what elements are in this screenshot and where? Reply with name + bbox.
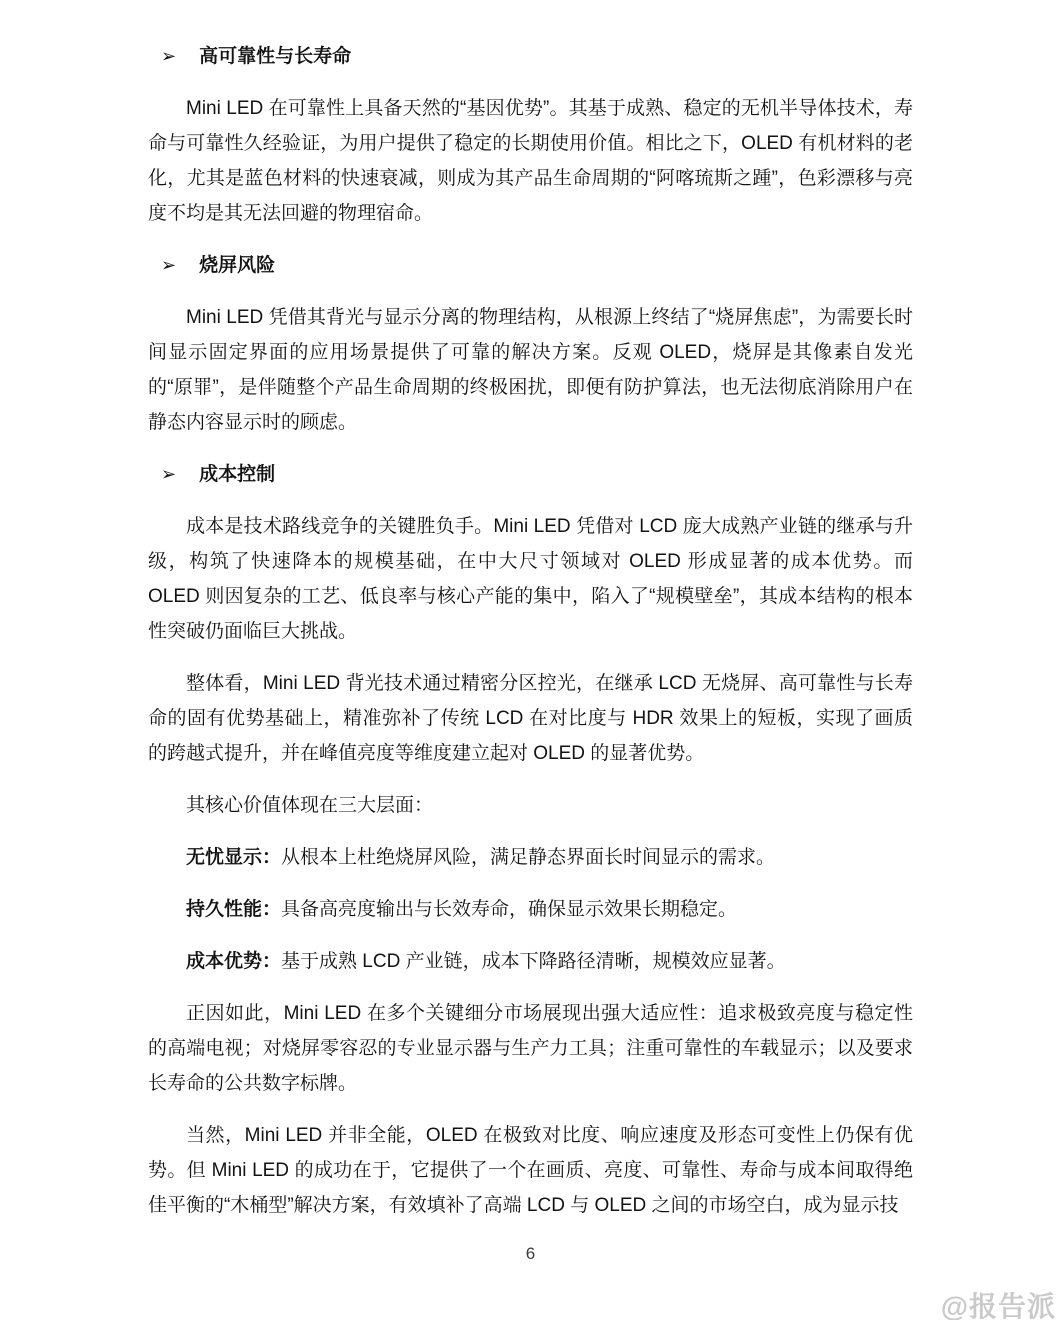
watermark: @报告派 <box>941 1285 1056 1320</box>
page-number: 6 <box>0 1244 1061 1264</box>
arrow-bullet-icon: ➢ <box>161 457 176 492</box>
document-body: ➢高可靠性与长寿命 Mini LED 在可靠性上具备天然的“基因优势”。其基于成… <box>148 22 913 1240</box>
document-page: ➢高可靠性与长寿命 Mini LED 在可靠性上具备天然的“基因优势”。其基于成… <box>0 0 1061 1320</box>
arrow-bullet-icon: ➢ <box>161 248 176 283</box>
section-heading-reliability: ➢高可靠性与长寿命 <box>148 39 913 74</box>
value-point-display: 无忧显示：从根本上杜绝烧屏风险，满足静态界面长时间显示的需求。 <box>148 840 913 875</box>
section-heading-label: 高可靠性与长寿命 <box>199 46 351 67</box>
paragraph-core-value-intro: 其核心价值体现在三大层面： <box>148 788 913 823</box>
paragraph-conclusion: 当然，Mini LED 并非全能，OLED 在极致对比度、响应速度及形态可变性上… <box>148 1118 913 1223</box>
value-point-cost: 成本优势：基于成熟 LCD 产业链，成本下降路径清晰，规模效应显著。 <box>148 944 913 979</box>
section-heading-burn-in: ➢烧屏风险 <box>148 248 913 283</box>
section-heading-label: 成本控制 <box>199 464 275 485</box>
value-point-durability: 持久性能：具备高亮度输出与长效寿命，确保显示效果长期稳定。 <box>148 892 913 927</box>
paragraph-applications: 正因如此，Mini LED 在多个关键细分市场展现出强大适应性：追求极致亮度与稳… <box>148 996 913 1101</box>
paragraph-summary: 整体看，Mini LED 背光技术通过精密分区控光，在继承 LCD 无烧屏、高可… <box>148 666 913 771</box>
paragraph-reliability: Mini LED 在可靠性上具备天然的“基因优势”。其基于成熟、稳定的无机半导体… <box>148 91 913 231</box>
value-point-label: 持久性能： <box>186 899 281 920</box>
value-point-label: 无忧显示： <box>186 847 281 868</box>
section-heading-cost: ➢成本控制 <box>148 457 913 492</box>
value-point-text: 具备高亮度输出与长效寿命，确保显示效果长期稳定。 <box>281 899 737 920</box>
section-heading-label: 烧屏风险 <box>199 255 275 276</box>
paragraph-cost: 成本是技术路线竞争的关键胜负手。Mini LED 凭借对 LCD 庞大成熟产业链… <box>148 509 913 649</box>
value-point-label: 成本优势： <box>186 951 281 972</box>
arrow-bullet-icon: ➢ <box>161 39 176 74</box>
paragraph-burn-in: Mini LED 凭借其背光与显示分离的物理结构，从根源上终结了“烧屏焦虑”，为… <box>148 300 913 440</box>
value-point-text: 从根本上杜绝烧屏风险，满足静态界面长时间显示的需求。 <box>281 847 775 868</box>
value-point-text: 基于成熟 LCD 产业链，成本下降路径清晰，规模效应显著。 <box>281 951 786 972</box>
